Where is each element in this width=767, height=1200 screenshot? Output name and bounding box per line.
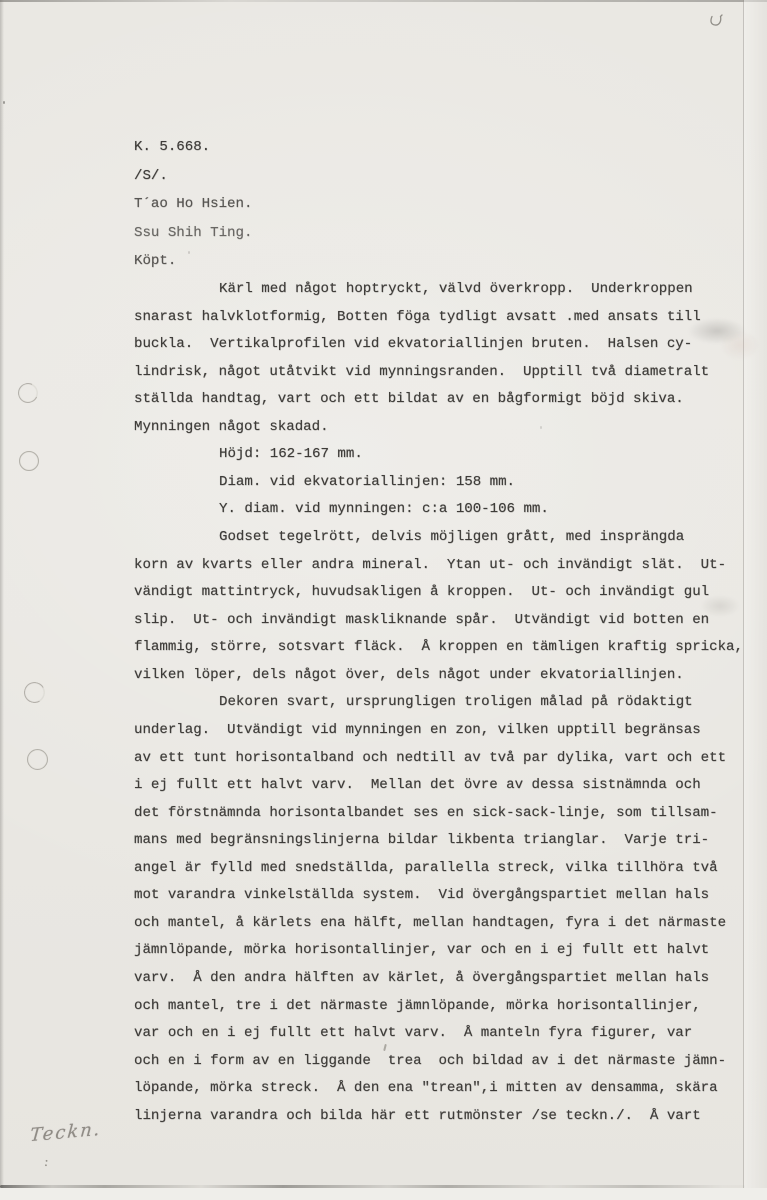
typed-line: underlag. Utvändigt vid mynningen en zon… — [134, 717, 759, 745]
paper-smudge — [700, 595, 740, 617]
typed-line: jämnlöpande, mörka horisontallinjer, var… — [134, 937, 759, 965]
typed-line: Mynningen något skadad. — [134, 414, 759, 442]
punch-hole-impression — [19, 451, 39, 471]
typed-document-text: K. 5.668./S/.T´ao Ho Hsien.Ssu Shih Ting… — [134, 133, 759, 1130]
paper-smudge — [720, 330, 760, 360]
typed-line: K. 5.668. — [134, 133, 759, 162]
typed-line: /S/. — [134, 162, 759, 191]
typed-line: Kärl med något hoptryckt, välvd överkrop… — [134, 276, 759, 304]
typed-line: Dekoren svart, ursprungligen troligen må… — [134, 689, 759, 717]
typed-line: buckla. Vertikalprofilen vid ekvatoriall… — [134, 331, 759, 359]
typed-line: Diam. vid ekvatoriallinjen: 158 mm. — [134, 469, 759, 497]
punch-hole-impression — [27, 749, 48, 770]
typed-line: Godset tegelrött, delvis möjligen grått,… — [134, 524, 759, 552]
typed-line: angel är fylld med snedställda, parallel… — [134, 855, 759, 883]
typed-line: Köpt. — [134, 247, 759, 276]
background-below-card — [0, 1188, 767, 1200]
punch-hole-impression — [22, 680, 48, 706]
catalog-card-page: K. 5.668./S/.T´ao Ho Hsien.Ssu Shih Ting… — [0, 0, 767, 1200]
typed-line: mot varandra vinkelställda system. Vid ö… — [134, 882, 759, 910]
handwritten-margin-note: Teckn. — [29, 1119, 102, 1146]
typed-line: varv. Å den andra hälften av kärlet, å ö… — [134, 965, 759, 993]
typed-line: vilken löper, dels något över, dels någo… — [134, 662, 759, 690]
typed-line: lindrisk, något utåtvikt vid mynningsran… — [134, 359, 759, 387]
typed-line: slip. Ut- och invändigt maskliknande spå… — [134, 607, 759, 635]
punch-hole-impression — [15, 380, 41, 406]
pencil-check-mark-icon — [709, 14, 727, 29]
typed-line: och mantel, å kärlets ena hälft, mellan … — [134, 910, 759, 938]
typed-line: det förstnämnda horisontalbandet ses en … — [134, 800, 759, 828]
typed-line: flammig, större, sotsvart fläck. Å kropp… — [134, 634, 759, 662]
typed-line: Ssu Shih Ting. — [134, 219, 759, 248]
typed-line: mans med begränsningslinjerna bildar lik… — [134, 827, 759, 855]
typed-line: löpande, mörka streck. Å den ena "trean"… — [134, 1075, 759, 1103]
typed-line: och en i form av en liggande trea och bi… — [134, 1048, 759, 1076]
typed-line: Höjd: 162-167 mm. — [134, 441, 759, 469]
typed-line: ställda handtag, vart och ett bildat av … — [134, 386, 759, 414]
typed-line: snarast halvklotformig, Botten föga tydl… — [134, 304, 759, 332]
typed-line: var och en i ej fullt ett halvt varv. Å … — [134, 1020, 759, 1048]
handwritten-colon-mark: : — [43, 1154, 50, 1171]
scan-edge-top — [0, 0, 767, 2]
typed-line: av ett tunt horisontalband och nedtill a… — [134, 745, 759, 773]
typed-line: linjerna varandra och bilda här ett rutm… — [134, 1103, 759, 1131]
typed-line: Y. diam. vid mynningen: c:a 100-106 mm. — [134, 496, 759, 524]
typed-line: i ej fullt ett halvt varv. Mellan det öv… — [134, 772, 759, 800]
scan-edge-left — [0, 0, 4, 1200]
typed-line: T´ao Ho Hsien. — [134, 190, 759, 219]
paper-speck — [3, 101, 5, 104]
paper-speck — [540, 426, 542, 429]
typed-line: och mantel, tre i det närmaste jämnlöpan… — [134, 993, 759, 1021]
paper-speck — [188, 251, 190, 254]
typed-line: vändigt mattintryck, huvudsakligen å kro… — [134, 579, 759, 607]
typed-line: korn av kvarts eller andra mineral. Ytan… — [134, 552, 759, 580]
